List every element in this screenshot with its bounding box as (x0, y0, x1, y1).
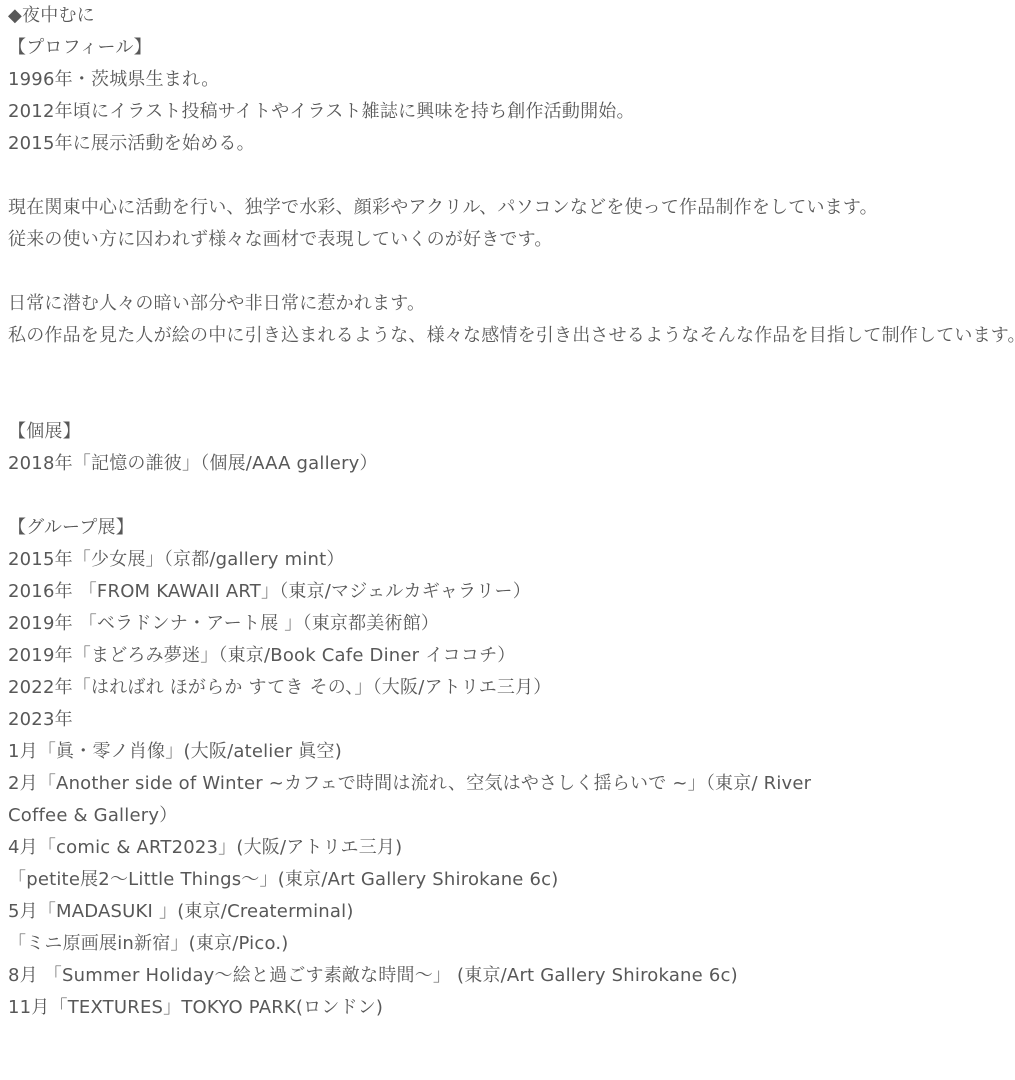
group-exhibition-item: 2016年 「FROM KAWAII ART」（東京/マジェルカギャラリー） (8, 576, 1015, 608)
group-exhibition-item: 「petite展2～Little Things～」(東京/Art Gallery… (8, 864, 1015, 896)
group-exhibition-heading: 【グループ展】 (8, 512, 1015, 544)
profile-line: 1996年・茨城県生まれ。 (8, 64, 1015, 96)
profile-line: 2012年頃にイラスト投稿サイトやイラスト雑誌に興味を持ち創作活動開始。 (8, 96, 1015, 128)
spacer (8, 352, 1015, 384)
group-exhibition-item: 2月「Another side of Winter ~カフェで時間は流れ、空気は… (8, 768, 868, 832)
solo-exhibition-heading: 【個展】 (8, 416, 1015, 448)
profile-paragraph-line: 私の作品を見た人が絵の中に引き込まれるような、様々な感情を引き出させるようなそん… (8, 320, 1015, 352)
group-exhibition-item: 5月「MADASUKI 」(東京/Createrminal) (8, 896, 1015, 928)
group-exhibition-year: 2023年 (8, 704, 1015, 736)
spacer (8, 256, 1015, 288)
group-exhibition-item: 「ミニ原画展in新宿」(東京/Pico.) (8, 928, 1015, 960)
group-exhibition-item: 2019年 「ベラドンナ・アート展 」（東京都美術館） (8, 608, 1015, 640)
group-exhibition-item: 4月「comic & ART2023」(大阪/アトリエ三月) (8, 832, 1015, 864)
profile-paragraph-line: 現在関東中心に活動を行い、独学で水彩、顔彩やアクリル、パソコンなどを使って作品制… (8, 192, 1015, 224)
profile-paragraph-line: 従来の使い方に囚われず様々な画材で表現していくのが好きです。 (8, 224, 1015, 256)
artist-name: ◆夜中むに (8, 0, 1015, 32)
group-exhibition-item: 11月「TEXTURES」TOKYO PARK(ロンドン) (8, 992, 1015, 1024)
group-exhibition-item: 2022年「はればれ ほがらか すてき その、」（大阪/アトリエ三月） (8, 672, 1015, 704)
group-exhibition-item: 8月 「Summer Holiday～絵と過ごす素敵な時間～」 (東京/Art … (8, 960, 1015, 992)
group-exhibition-item: 1月「眞・零ノ肖像」(大阪/atelier 眞空) (8, 736, 1015, 768)
spacer (8, 160, 1015, 192)
profile-paragraph-line: 日常に潜む人々の暗い部分や非日常に惹かれます。 (8, 288, 1015, 320)
spacer (8, 480, 1015, 512)
artist-profile-document: ◆夜中むに 【プロフィール】 1996年・茨城県生まれ。 2012年頃にイラスト… (0, 0, 1015, 1024)
profile-line: 2015年に展示活動を始める。 (8, 128, 1015, 160)
spacer (8, 384, 1015, 416)
group-exhibition-item: 2019年「まどろみ夢迷」（東京/Book Cafe Diner イココチ） (8, 640, 1015, 672)
solo-exhibition-item: 2018年「記憶の誰彼」（個展/AAA gallery） (8, 448, 1015, 480)
group-exhibition-item: 2015年「少女展」（京都/gallery mint） (8, 544, 1015, 576)
profile-heading: 【プロフィール】 (8, 32, 1015, 64)
